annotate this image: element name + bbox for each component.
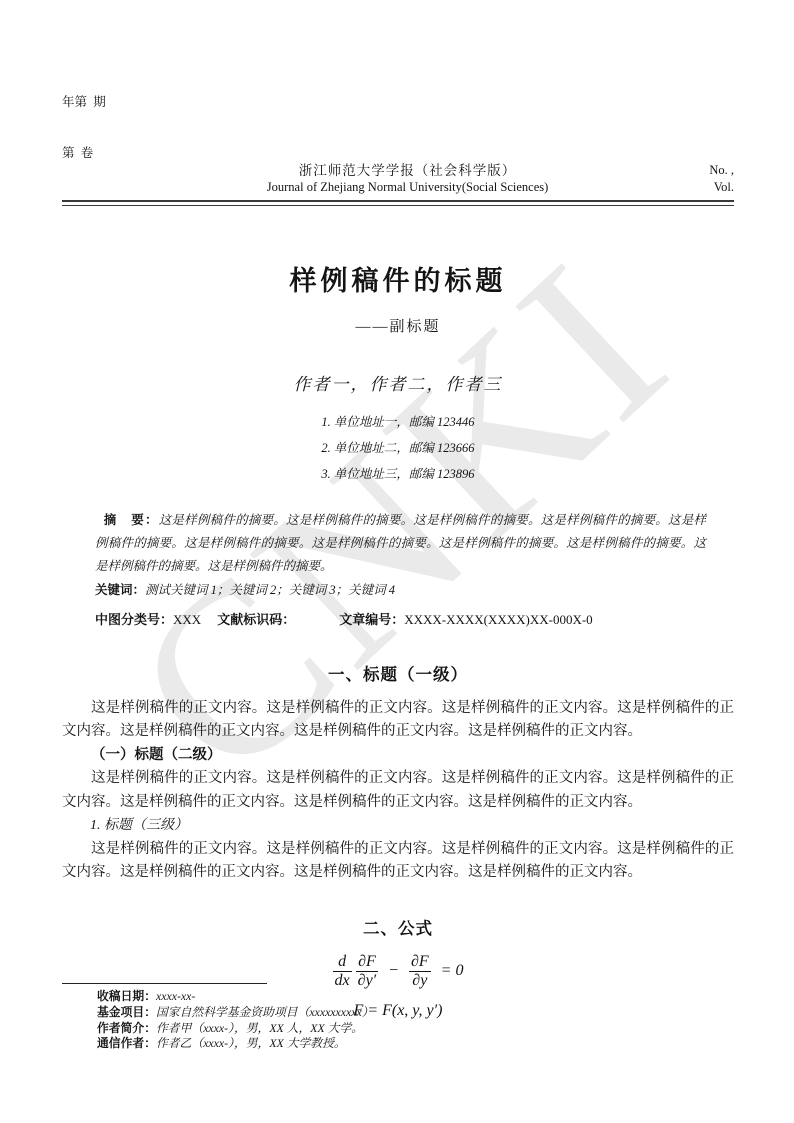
- journal-name-cn: 浙江师范大学学报（社会科学版）: [267, 162, 549, 179]
- body-paragraph: 这是样例稿件的正文内容。这是样例稿件的正文内容。这是样例稿件的正文内容。这是样例…: [62, 697, 734, 744]
- equals-zero: = 0: [441, 962, 464, 979]
- header-volume: 第 卷: [62, 145, 106, 162]
- journal-page: CNKI 年第 期 第 卷 浙江师范大学学报（社会科学版） Journal of…: [0, 0, 794, 1123]
- abstract-label: 摘 要：: [104, 513, 159, 527]
- keywords-label: 关键词：: [95, 583, 145, 597]
- header-no-vol: No. , Vol.: [709, 162, 734, 196]
- footnote-block: 收稿日期：xxxx-xx- 基金项目：国家自然科学基金资助项目（xxxxxxxx…: [62, 983, 734, 1052]
- header-journal-name: 浙江师范大学学报（社会科学版） Journal of Zhejiang Norm…: [267, 162, 549, 196]
- footnote-received-date: 收稿日期：xxxx-xx-: [97, 989, 734, 1005]
- footnote-text: 作者乙（xxxx-），男，XX 大学教授。: [156, 1036, 346, 1050]
- footnote-rule: [62, 983, 267, 984]
- clc-line: 中图分类号：XXX文献标识码：文章编号：XXXX-XXXX(XXXX)XX-00…: [95, 608, 706, 631]
- header-year-issue: 年第 期: [62, 94, 106, 111]
- journal-name-en: Journal of Zhejiang Normal University(So…: [267, 179, 549, 196]
- header-no: No. ,: [709, 162, 734, 179]
- body-paragraph: 这是样例稿件的正文内容。这是样例稿件的正文内容。这是样例稿件的正文内容。这是样例…: [62, 838, 734, 885]
- article-title: 样例稿件的标题: [62, 259, 734, 298]
- abstract-text: 这是样例稿件的摘要。这是样例稿件的摘要。这是样例稿件的摘要。这是样例稿件的摘要。…: [95, 513, 706, 573]
- section-2-heading: 二、公式: [62, 915, 734, 939]
- footnote-corresponding-author: 通信作者：作者乙（xxxx-），男，XX 大学教授。: [97, 1036, 734, 1052]
- minus-operator: −: [388, 962, 399, 979]
- footnote-label: 作者简介：: [97, 1021, 156, 1035]
- affiliation-item: 3. 单位地址三，邮编 123896: [62, 461, 734, 487]
- footnote-label: 收稿日期：: [97, 989, 156, 1003]
- footnote-text: xxxx-xx-: [156, 989, 195, 1003]
- article-id-value: XXXX-XXXX(XXXX)XX-000X-0: [404, 612, 592, 627]
- header-vol: Vol.: [709, 179, 734, 196]
- section-1-subheading: （一）标题（二级）: [62, 744, 734, 768]
- running-header: 年第 期 第 卷 浙江师范大学学报（社会科学版） Journal of Zhej…: [62, 60, 734, 196]
- section-1-subsubheading: 1. 标题（三级）: [62, 814, 734, 838]
- footnote-funding: 基金项目：国家自然科学基金资助项目（xxxxxxxxxx）: [97, 1005, 734, 1021]
- clc-value: XXX: [173, 612, 201, 627]
- article-subtitle: ——副标题: [62, 315, 734, 336]
- doc-code-label: 文献标识码：: [217, 612, 295, 627]
- abstract-paragraph: 摘 要：这是样例稿件的摘要。这是样例稿件的摘要。这是样例稿件的摘要。这是样例稿件…: [95, 509, 706, 578]
- keywords-text: 测试关键词 1；关键词 2；关键词 3；关键词 4: [145, 583, 395, 597]
- footnote-text: 作者甲（xxxx-），男，XX 人，XX 大学。: [156, 1021, 363, 1035]
- keywords-line: 关键词：测试关键词 1；关键词 2；关键词 3；关键词 4: [95, 579, 706, 602]
- header-issue-info: 年第 期 第 卷: [62, 60, 106, 196]
- page-content: 年第 期 第 卷 浙江师范大学学报（社会科学版） Journal of Zhej…: [0, 0, 794, 1020]
- footnote-label: 基金项目：: [97, 1005, 156, 1019]
- footnote-label: 通信作者：: [97, 1036, 156, 1050]
- fraction-numerator: d: [333, 953, 352, 972]
- article-id-label: 文章编号：: [339, 612, 404, 627]
- affiliation-item: 1. 单位地址一，邮编 123446: [62, 409, 734, 435]
- section-1-heading: 一、标题（一级）: [62, 661, 734, 685]
- affiliation-list: 1. 单位地址一，邮编 123446 2. 单位地址二，邮编 123666 3.…: [62, 409, 734, 487]
- author-line: 作者一，作者二，作者三: [62, 370, 734, 395]
- footnote-lines: 收稿日期：xxxx-xx- 基金项目：国家自然科学基金资助项目（xxxxxxxx…: [62, 989, 734, 1052]
- body-paragraph: 这是样例稿件的正文内容。这是样例稿件的正文内容。这是样例稿件的正文内容。这是样例…: [62, 767, 734, 814]
- footnote-author-bio: 作者简介：作者甲（xxxx-），男，XX 人，XX 大学。: [97, 1021, 734, 1037]
- header-double-rule: [62, 200, 734, 206]
- fraction-numerator: ∂F: [356, 953, 379, 972]
- clc-label: 中图分类号：: [95, 612, 173, 627]
- footnote-text: 国家自然科学基金资助项目（xxxxxxxxxx）: [156, 1005, 374, 1019]
- fraction-numerator: ∂F: [409, 953, 431, 972]
- affiliation-item: 2. 单位地址二，邮编 123666: [62, 435, 734, 461]
